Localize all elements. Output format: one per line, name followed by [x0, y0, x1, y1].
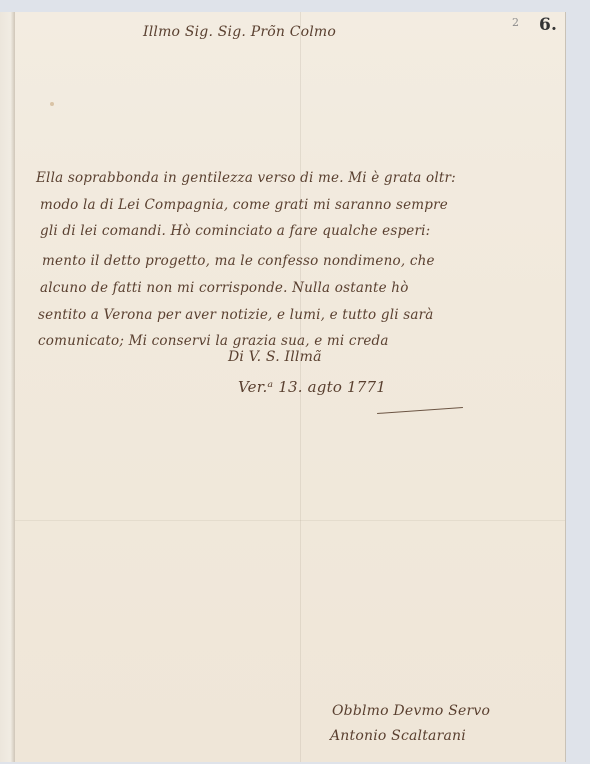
body-line: gli di lei comandi. Hò cominciato a fare…: [40, 223, 430, 239]
folio-number-small: 2: [512, 16, 519, 29]
signature-name: Antonio Scaltarani: [330, 728, 466, 744]
body-line: alcuno de fatti non mi corrisponde. Null…: [40, 280, 409, 296]
binding-strip: [0, 12, 15, 762]
paper-stain: [50, 102, 54, 106]
closing-formula: Di V. S. Illmã: [228, 349, 322, 365]
body-line: sentito a Verona per aver notizie, e lum…: [38, 307, 434, 323]
signature-closing: Obblmo Devmo Servo: [332, 703, 490, 719]
body-line: modo la di Lei Compagnia, come grati mi …: [40, 197, 448, 213]
body-line: Ella soprabbonda in gentilezza verso di …: [36, 170, 456, 186]
salutation: Illmo Sig. Sig. Prõn Colmo: [143, 24, 336, 40]
body-line: mento il detto progetto, ma le confesso …: [42, 253, 435, 269]
folio-number: 6.: [539, 15, 557, 35]
body-line: comunicato; Mi conservi la grazia sua, e…: [38, 333, 389, 349]
letter-date: Ver.ᵃ 13. agto 1771: [238, 378, 386, 396]
fold-crease-horizontal: [15, 520, 565, 521]
